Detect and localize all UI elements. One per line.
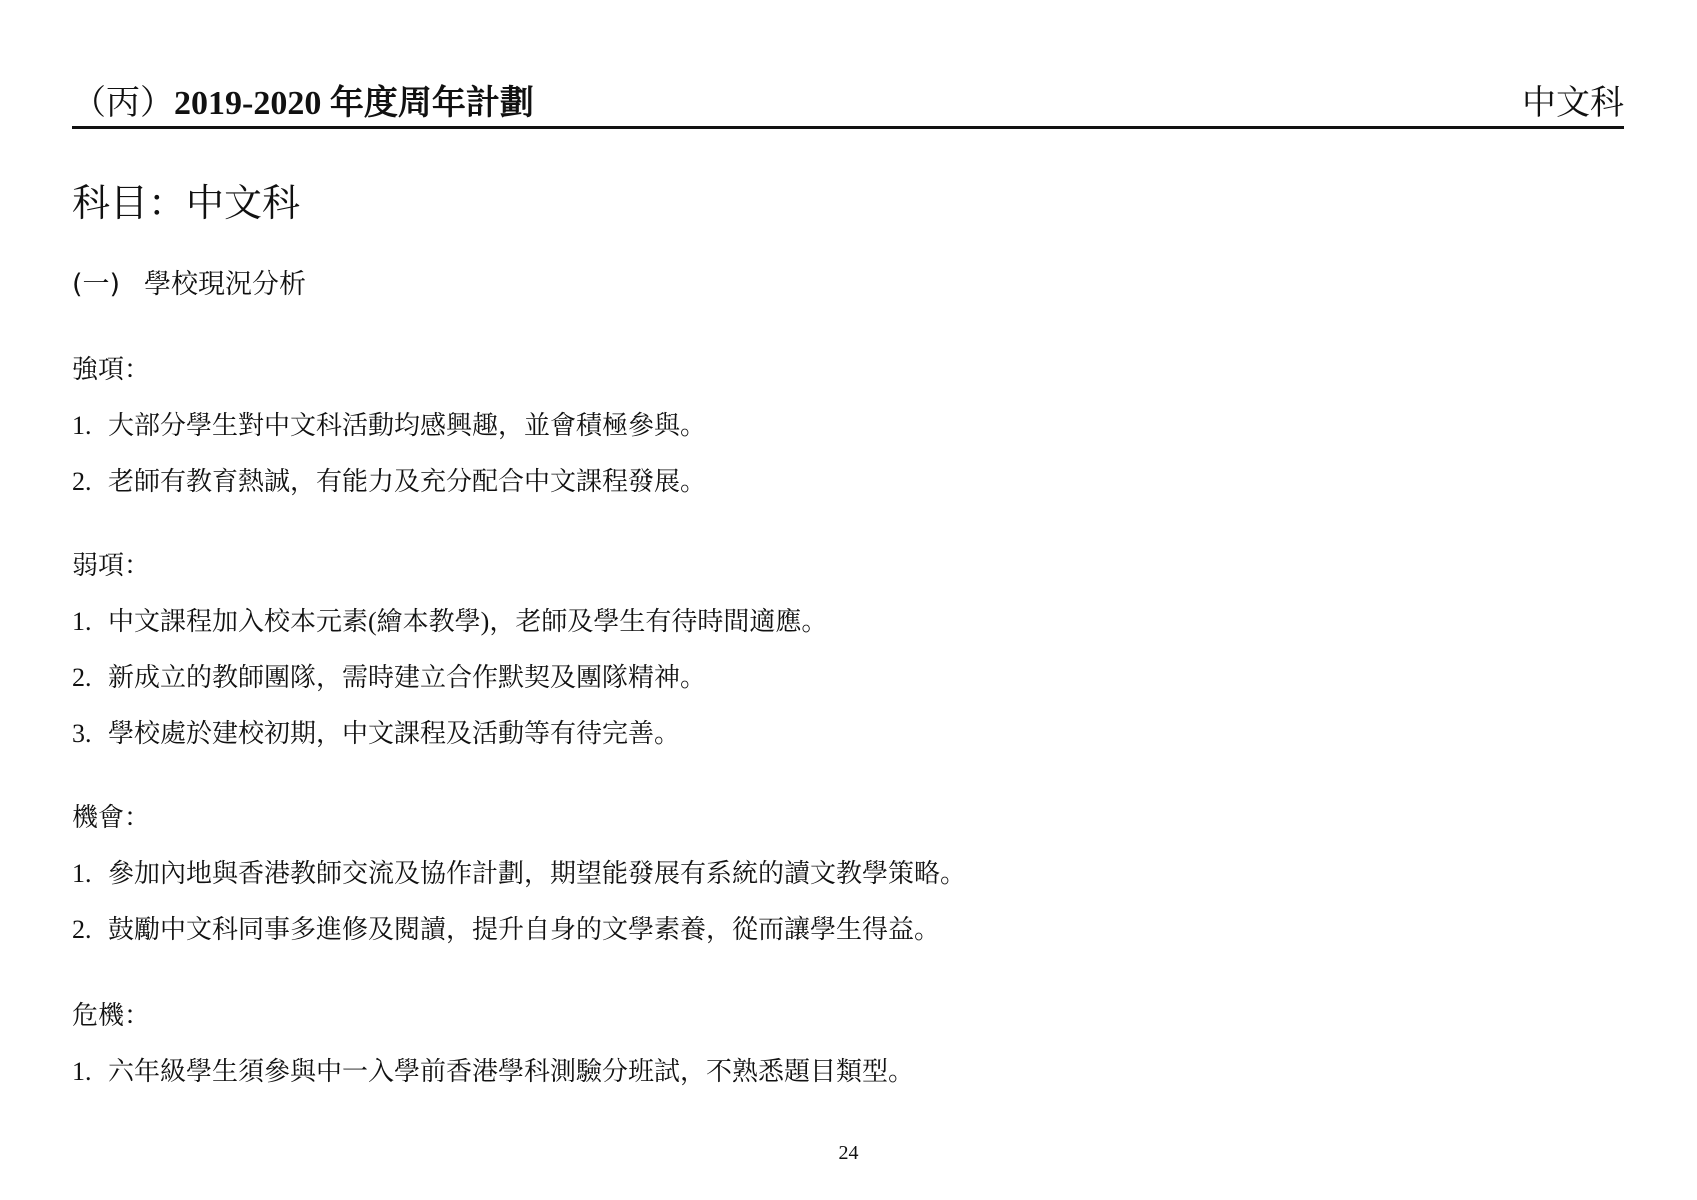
- list-item: 1.六年級學生須參與中一入學前香港學科測驗分班試，不熟悉題目類型。: [72, 1052, 914, 1092]
- item-number: 2.: [72, 910, 108, 950]
- item-text: 新成立的教師團隊，需時建立合作默契及團隊精神。: [108, 663, 706, 692]
- opportunities-block: 機會： 1.參加內地與香港教師交流及協作計劃，期望能發展有系統的讀文教學策略。 …: [72, 798, 966, 950]
- section-number: (一): [72, 262, 144, 301]
- section-heading: (一)學校現況分析: [72, 262, 306, 301]
- item-text: 大部分學生對中文科活動均感興趣，並會積極參與。: [108, 411, 706, 440]
- list-item: 2.老師有教育熱誠，有能力及充分配合中文課程發展。: [72, 462, 706, 502]
- item-text: 學校處於建校初期，中文課程及活動等有待完善。: [108, 719, 680, 748]
- item-text: 參加內地與香港教師交流及協作計劃，期望能發展有系統的讀文教學策略。: [108, 859, 966, 888]
- list-item: 2.鼓勵中文科同事多進修及閱讀，提升自身的文學素養，從而讓學生得益。: [72, 910, 966, 950]
- list-item: 1.中文課程加入校本元素(繪本教學)，老師及學生有待時間適應。: [72, 602, 827, 642]
- weaknesses-label: 弱項：: [72, 546, 827, 586]
- page-header: （丙）2019-2020 年度周年計劃 中文科: [72, 84, 1624, 129]
- list-item: 1.參加內地與香港教師交流及協作計劃，期望能發展有系統的讀文教學策略。: [72, 854, 966, 894]
- opportunities-label: 機會：: [72, 798, 966, 838]
- subject-tag: 中文科: [1522, 75, 1624, 124]
- item-number: 1.: [72, 406, 108, 446]
- list-item: 2.新成立的教師團隊，需時建立合作默契及團隊精神。: [72, 658, 827, 698]
- item-text: 六年級學生須參與中一入學前香港學科測驗分班試，不熟悉題目類型。: [108, 1057, 914, 1086]
- item-number: 1.: [72, 1052, 108, 1092]
- page-number: 24: [0, 1142, 1697, 1165]
- plan-title: （丙）2019-2020 年度周年計劃: [72, 75, 534, 124]
- item-number: 1.: [72, 854, 108, 894]
- item-text: 鼓勵中文科同事多進修及閱讀，提升自身的文學素養，從而讓學生得益。: [108, 915, 940, 944]
- item-text: 老師有教育熱誠，有能力及充分配合中文課程發展。: [108, 467, 706, 496]
- strengths-label: 強項：: [72, 350, 706, 390]
- item-number: 1.: [72, 602, 108, 642]
- subject-heading: 科目：中文科: [72, 172, 300, 227]
- list-item: 3.學校處於建校初期，中文課程及活動等有待完善。: [72, 714, 827, 754]
- plan-title-prefix: （丙）: [72, 85, 174, 122]
- item-number: 2.: [72, 462, 108, 502]
- weaknesses-block: 弱項： 1.中文課程加入校本元素(繪本教學)，老師及學生有待時間適應。 2.新成…: [72, 546, 827, 754]
- item-number: 3.: [72, 714, 108, 754]
- section-title: 學校現況分析: [144, 269, 306, 300]
- list-item: 1.大部分學生對中文科活動均感興趣，並會積極參與。: [72, 406, 706, 446]
- threats-label: 危機：: [72, 996, 914, 1036]
- item-text: 中文課程加入校本元素(繪本教學)，老師及學生有待時間適應。: [108, 607, 827, 636]
- strengths-block: 強項： 1.大部分學生對中文科活動均感興趣，並會積極參與。 2.老師有教育熱誠，…: [72, 350, 706, 502]
- plan-title-main: 2019-2020 年度周年計劃: [174, 85, 534, 122]
- threats-block: 危機： 1.六年級學生須參與中一入學前香港學科測驗分班試，不熟悉題目類型。: [72, 996, 914, 1092]
- item-number: 2.: [72, 658, 108, 698]
